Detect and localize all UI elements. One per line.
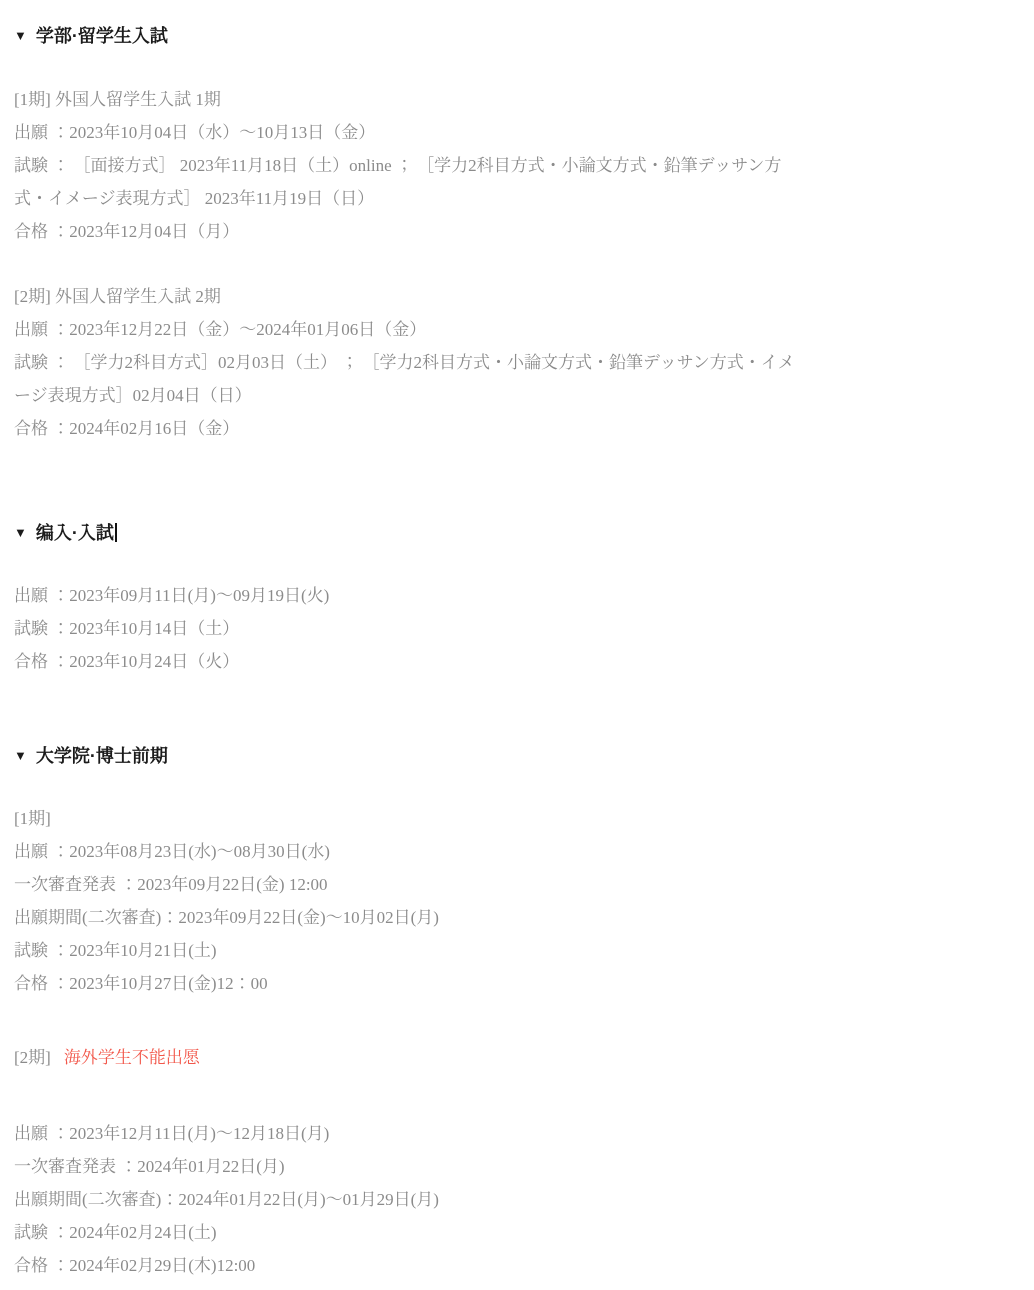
section-toggle-undergrad[interactable]: ▼学部·留学生入試: [14, 26, 1014, 46]
application-line: 出願 ：2023年12月22日（金）～2024年01月06日（金）: [14, 313, 1014, 346]
second-application-line: 出願期間(二次審査)：2023年09月22日(金)～10月02日(月): [14, 901, 1014, 934]
period-label: [2期]: [14, 1048, 51, 1067]
overseas-notice-text: 海外学生不能出愿: [64, 1048, 200, 1067]
period-label-line: [1期]: [14, 802, 1014, 835]
document-body[interactable]: { "colors": { "page_bg": "#ffffff", "hea…: [0, 0, 1034, 1290]
result-line: 合格 ：2023年12月04日（月）: [14, 215, 1014, 248]
schedule-block: 出願 ：2023年09月11日(月)～09月19日(火) 試験 ：2023年10…: [14, 579, 1014, 678]
exam-line: 試験 ：2023年10月14日（土）: [14, 612, 1014, 645]
collapse-triangle-icon: ▼: [14, 746, 27, 766]
result-line: 合格 ：2023年10月27日(金)12：00: [14, 967, 1014, 1000]
exam-line: 試験 ： ［面接方式］ 2023年11月18日（土）online ； ［学力2科…: [14, 149, 1014, 182]
result-line: 合格 ：2024年02月29日(木)12:00: [14, 1249, 1014, 1282]
schedule-block-period2-header: [2期]海外学生不能出愿: [14, 1041, 1014, 1074]
section-undergrad-international: ▼学部·留学生入試 [1期] 外国人留学生入試 1期 出願 ：2023年10月0…: [14, 26, 1014, 445]
text-cursor: [115, 523, 117, 542]
period-title-line: [2期] 外国人留学生入試 2期: [14, 280, 1014, 313]
collapse-triangle-icon: ▼: [14, 523, 27, 543]
application-line: 出願 ：2023年10月04日（水）～10月13日（金）: [14, 116, 1014, 149]
application-line: 出願 ：2023年12月11日(月)～12月18日(月): [14, 1117, 1014, 1150]
section-transfer: ▼编入·入試 出願 ：2023年09月11日(月)～09月19日(火) 試験 ：…: [14, 523, 1014, 678]
second-application-line: 出願期間(二次審査)：2024年01月22日(月)～01月29日(月): [14, 1183, 1014, 1216]
section-title: 编入·入試: [36, 523, 114, 543]
schedule-block-period2: 出願 ：2023年12月11日(月)～12月18日(月) 一次審査発表 ：202…: [14, 1117, 1014, 1282]
section-toggle-transfer[interactable]: ▼编入·入試: [14, 523, 1014, 543]
section-graduate-masters: ▼大学院·博士前期 [1期] 出願 ：2023年08月23日(水)～08月30日…: [14, 746, 1014, 1282]
admissions-schedule-document: ▼学部·留学生入試 [1期] 外国人留学生入試 1期 出願 ：2023年10月0…: [14, 26, 1014, 1282]
section-title: 大学院·博士前期: [36, 746, 168, 766]
exam-line: 試験 ： ［学力2科目方式］02月03日（土） ； ［学力2科目方式・小論文方式…: [14, 346, 1014, 379]
section-toggle-graduate[interactable]: ▼大学院·博士前期: [14, 746, 1014, 766]
schedule-block-period1: [1期] 外国人留学生入試 1期 出願 ：2023年10月04日（水）～10月1…: [14, 83, 1014, 248]
section-title: 学部·留学生入試: [36, 26, 168, 46]
exam-line-continuation: ージ表現方式］02月04日（日）: [14, 379, 1014, 412]
period-title-line: [1期] 外国人留学生入試 1期: [14, 83, 1014, 116]
result-line: 合格 ：2023年10月24日（火）: [14, 645, 1014, 678]
result-line: 合格 ：2024年02月16日（金）: [14, 412, 1014, 445]
exam-line-continuation: 式・イメージ表現方式］ 2023年11月19日（日）: [14, 182, 1014, 215]
schedule-block-period2: [2期] 外国人留学生入試 2期 出願 ：2023年12月22日（金）～2024…: [14, 280, 1014, 445]
application-line: 出願 ：2023年08月23日(水)～08月30日(水): [14, 835, 1014, 868]
first-screening-line: 一次審査発表 ：2024年01月22日(月): [14, 1150, 1014, 1183]
schedule-block-period1: [1期] 出願 ：2023年08月23日(水)～08月30日(水) 一次審査発表…: [14, 802, 1014, 1000]
first-screening-line: 一次審査発表 ：2023年09月22日(金) 12:00: [14, 868, 1014, 901]
application-line: 出願 ：2023年09月11日(月)～09月19日(火): [14, 579, 1014, 612]
collapse-triangle-icon: ▼: [14, 26, 27, 46]
period-label-line: [2期]海外学生不能出愿: [14, 1041, 1014, 1074]
exam-line: 試験 ：2024年02月24日(土): [14, 1216, 1014, 1249]
exam-line: 試験 ：2023年10月21日(土): [14, 934, 1014, 967]
